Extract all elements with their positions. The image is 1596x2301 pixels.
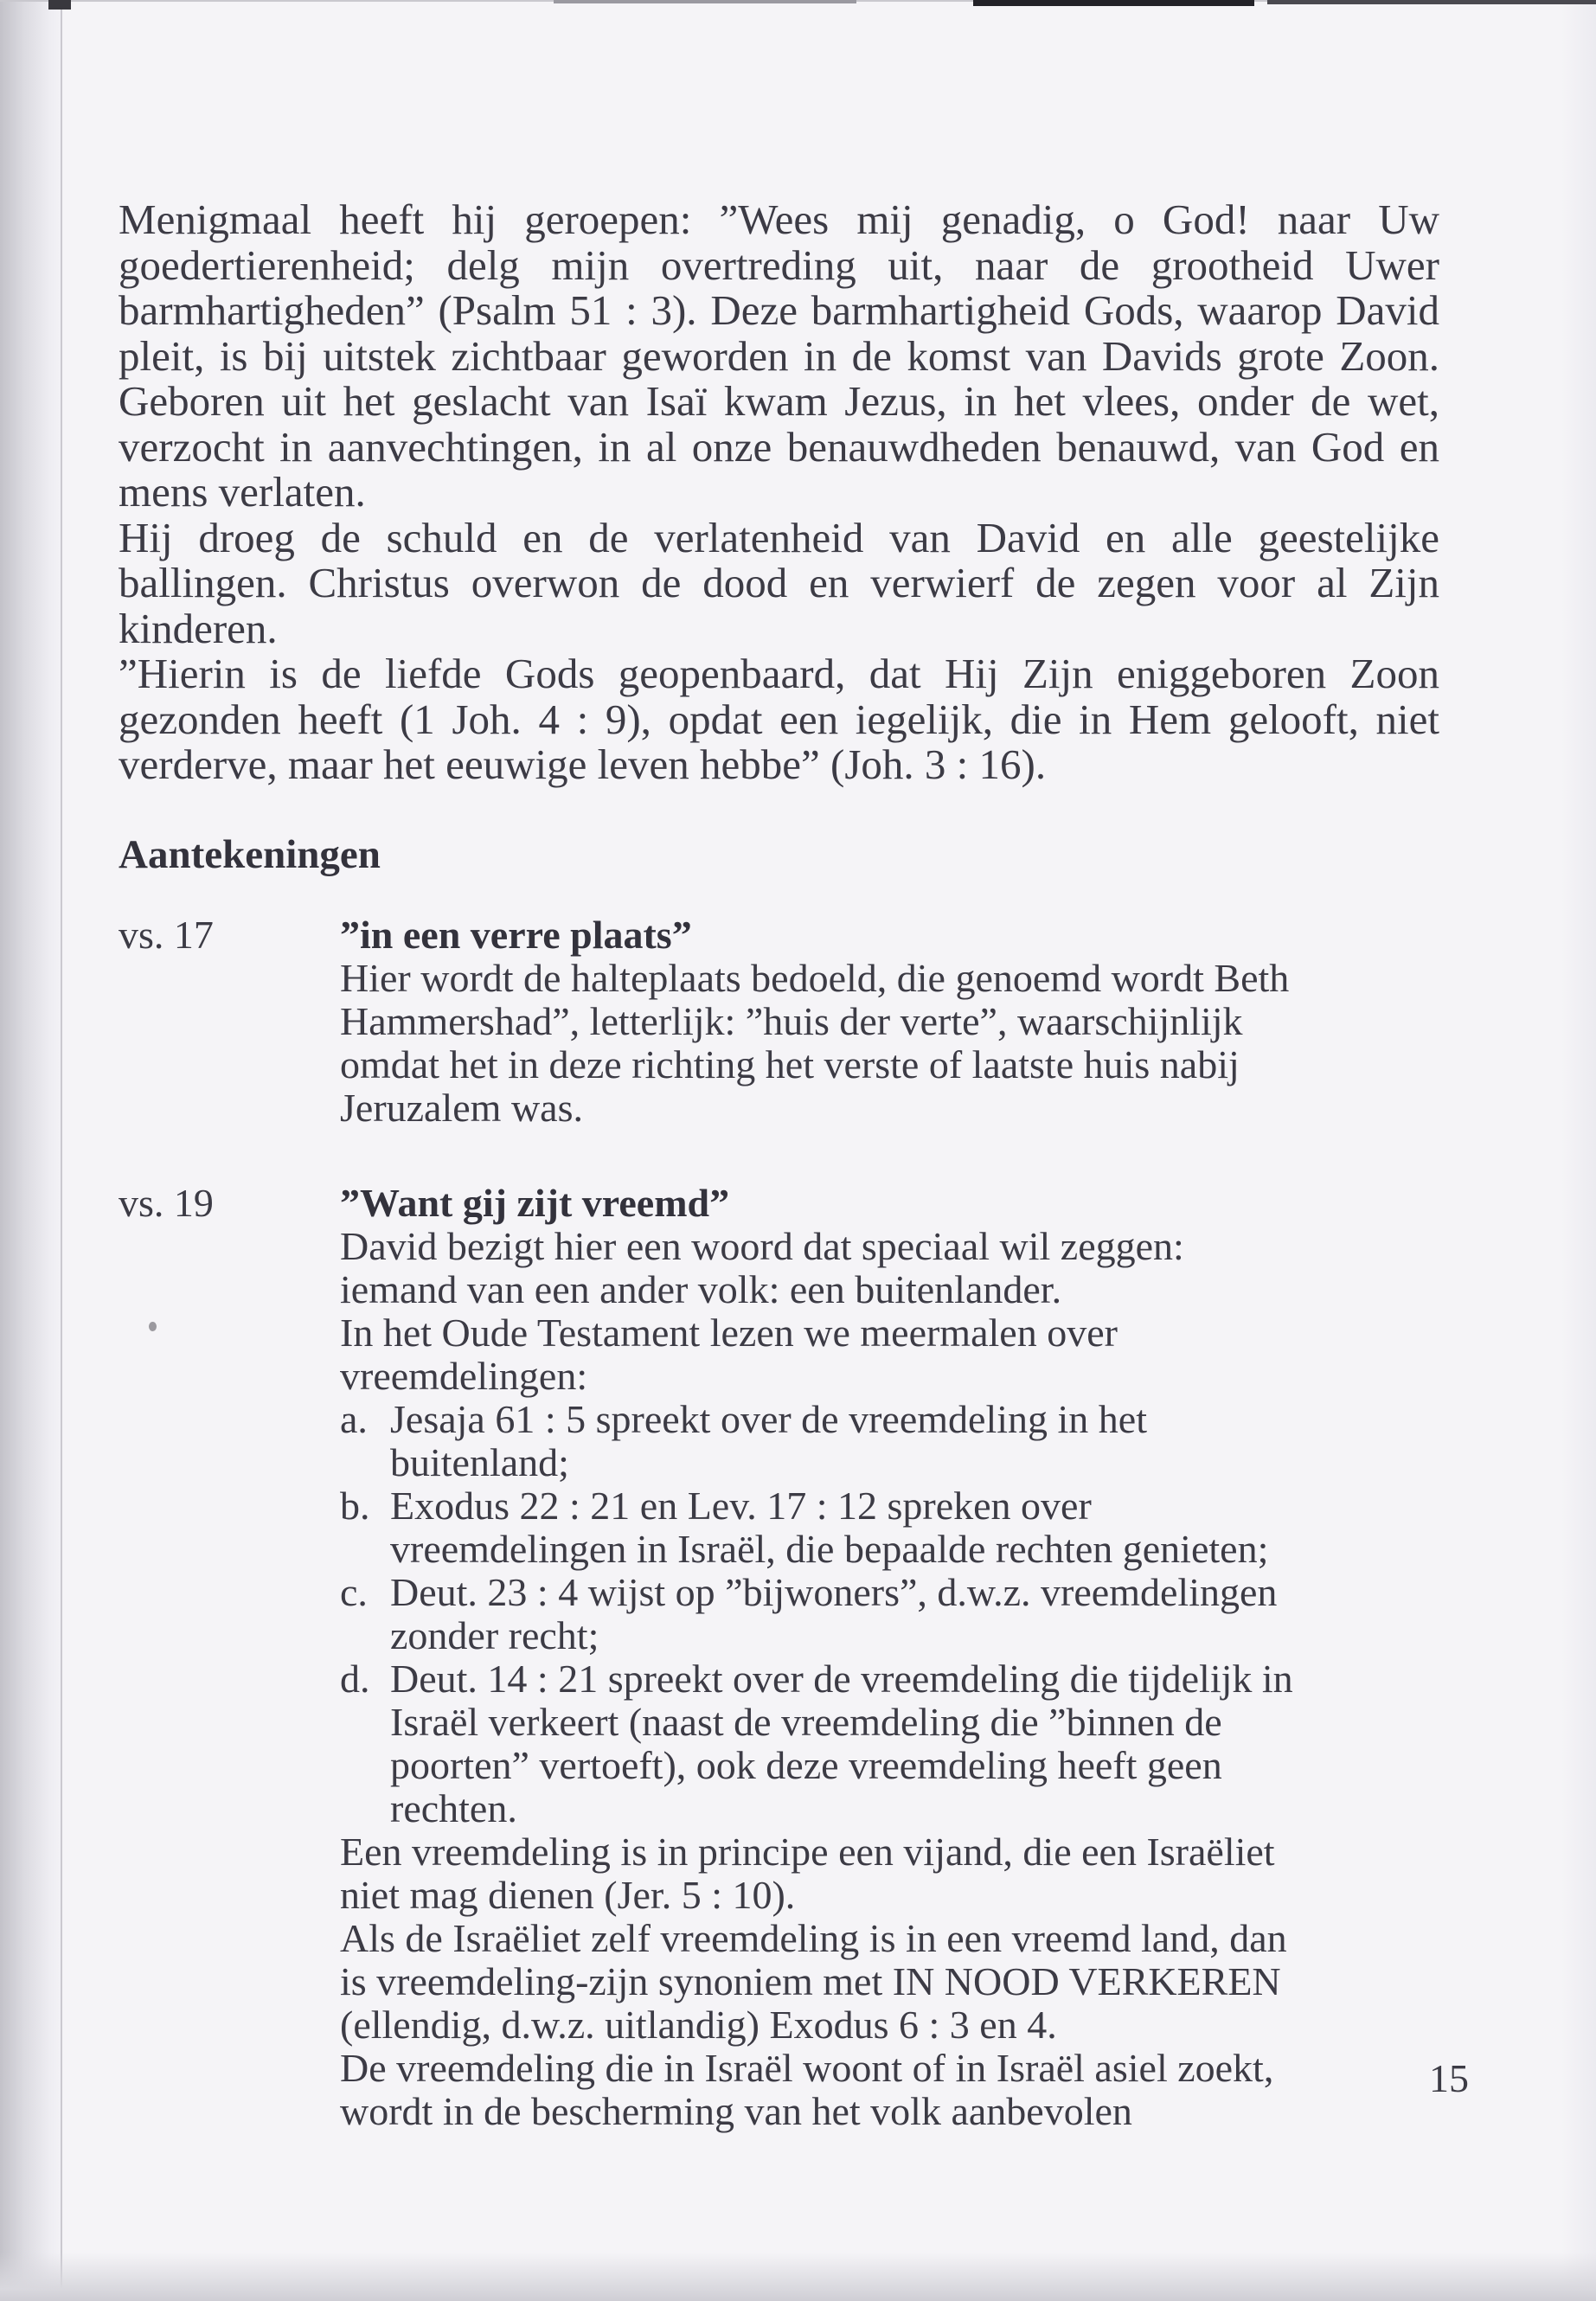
note-content: ”in een verre plaats” Hier wordt de halt… — [340, 913, 1516, 1130]
page-number: 15 — [1429, 2057, 1469, 2100]
note-title: ”in een verre plaats” — [340, 913, 1516, 957]
scan-bottom-shadow — [0, 2253, 1596, 2301]
note-paragraph: In het Oude Testament lezen we meermalen… — [340, 1311, 1516, 1398]
scan-artifact-dash — [554, 0, 856, 3]
note-vs-17: vs. 17 ”in een verre plaats” Hier wordt … — [119, 913, 1520, 1130]
list-item: d.Deut. 14 : 21 spreekt over de vreemdel… — [340, 1657, 1516, 1830]
verse-label: vs. 17 — [119, 913, 214, 957]
list-marker: b. — [340, 1484, 390, 1528]
list-item: c.Deut. 23 : 4 wijst op ”bijwoners”, d.w… — [340, 1571, 1516, 1657]
body-paragraph: ”Hierin is de liefde Gods geopenbaard, d… — [119, 651, 1439, 788]
list-marker: d. — [340, 1657, 390, 1701]
list-marker: c. — [340, 1571, 390, 1614]
scan-artifact-dash — [1267, 0, 1596, 4]
note-paragraph: De vreemdeling die in Israël woont of in… — [340, 2047, 1516, 2133]
scanned-book-page: Menigmaal heeft hij geroepen: ”Wees mij … — [0, 0, 1596, 2301]
list-text: Deut. 14 : 21 spreekt over de vreemdelin… — [390, 1657, 1293, 1830]
note-paragraph: Als de Israëliet zelf vreemdeling is in … — [340, 1917, 1516, 2047]
scan-artifact-dash — [48, 0, 71, 10]
notes-heading: Aantekeningen — [119, 833, 381, 876]
page-left-edge-shadow — [0, 0, 62, 2301]
list-item: b.Exodus 22 : 21 en Lev. 17 : 12 spreken… — [340, 1484, 1516, 1571]
list-item: a.Jesaja 61 : 5 spreekt over de vreemdel… — [340, 1398, 1516, 1484]
list-text: Deut. 23 : 4 wijst op ”bijwoners”, d.w.z… — [390, 1570, 1277, 1657]
note-vs-19: vs. 19 ”Want gij zijt vreemd” David bezi… — [119, 1182, 1520, 2133]
page-right-edge-shade — [1561, 0, 1596, 2301]
list-text: Exodus 22 : 21 en Lev. 17 : 12 spreken o… — [390, 1484, 1268, 1571]
note-paragraph: Hier wordt de halteplaats bedoeld, die g… — [340, 957, 1516, 1130]
note-content: ”Want gij zijt vreemd” David bezigt hier… — [340, 1182, 1516, 2133]
list-text: Jesaja 61 : 5 spreekt over de vreemdelin… — [390, 1397, 1147, 1484]
verse-label: vs. 19 — [119, 1182, 214, 1225]
note-paragraph: Een vreemdeling is in principe een vijan… — [340, 1830, 1516, 1917]
page-edge-line — [61, 0, 62, 2301]
body-paragraph: Hij droeg de schuld en de verlatenheid v… — [119, 516, 1439, 652]
note-paragraph: David bezigt hier een woord dat speciaal… — [340, 1225, 1516, 1311]
note-title: ”Want gij zijt vreemd” — [340, 1182, 1516, 1225]
scan-artifact-dash — [973, 0, 1254, 6]
body-text: Menigmaal heeft hij geroepen: ”Wees mij … — [119, 197, 1439, 788]
list-marker: a. — [340, 1398, 390, 1441]
body-paragraph: Menigmaal heeft hij geroepen: ”Wees mij … — [119, 197, 1439, 516]
